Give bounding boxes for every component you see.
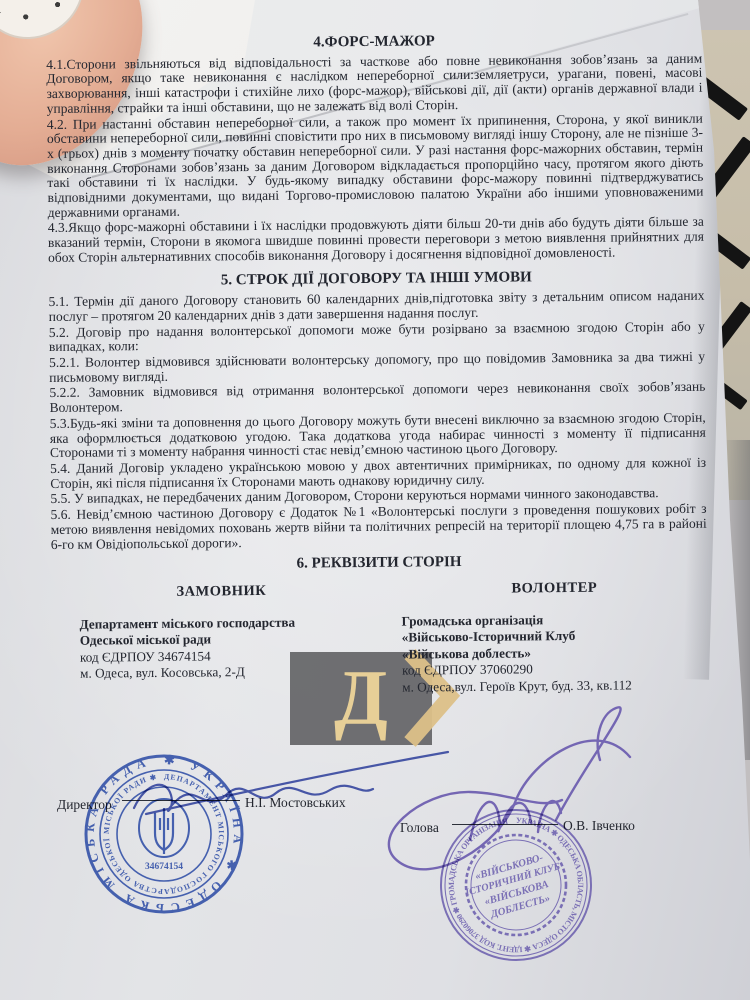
paragraph-4-1: 4.1.Сторони звільняються від відповідаль…: [46, 51, 703, 116]
paragraph-4-2: 4.2. При настанні обставин непереборної …: [47, 111, 704, 220]
customer-column: ЗАМОВНИК Департамент міського господарст…: [51, 583, 364, 699]
document-text: 4.ФОРС-МАЖОР 4.1.Сторони звільняються ві…: [46, 32, 708, 699]
section6-title: 6. РЕКВІЗИТИ СТОРІН: [51, 553, 707, 574]
volunteer-line: м. Одеса,вул. Героїв Крут, буд. 33, кв.1…: [402, 676, 708, 695]
photo-of-contract-page: Д 4.ФОРС-МАЖОР 4.1.Сторони звільняються …: [0, 0, 750, 1000]
volunteer-heading: ВОЛОНТЕР: [401, 580, 707, 598]
parties-columns: ЗАМОВНИК Департамент міського господарст…: [51, 580, 708, 699]
paragraph-4-3: 4.3.Якщо форс-мажорні обставини і їх нас…: [48, 215, 704, 265]
customer-heading: ЗАМОВНИК: [79, 583, 363, 600]
paragraph-5-3: 5.3.Будь-які зміни та доповнення до цьог…: [50, 411, 706, 461]
volunteer-column: ВОЛОНТЕР Громадська організація «Військо…: [387, 580, 708, 696]
customer-line: м. Одеса, вул. Косовська, 2-Д: [80, 663, 364, 682]
paragraph-5-6: 5.6. Невід’ємною частиною Договору є Дод…: [51, 502, 707, 552]
section5-title: 5. СТРОК ДІЇ ДОГОВОРУ ТА ІНШІ УМОВИ: [48, 268, 704, 289]
